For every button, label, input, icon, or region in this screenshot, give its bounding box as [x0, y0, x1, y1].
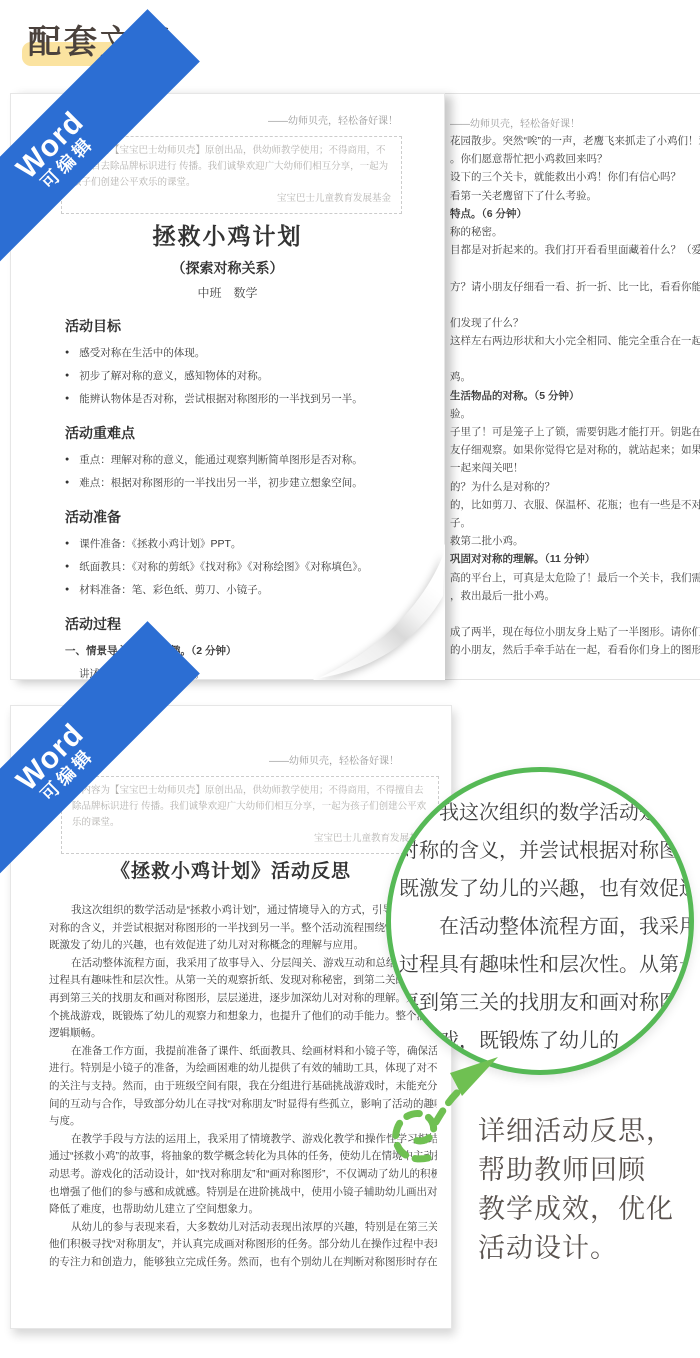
magnified-line: 过程具有趣味性和层次性。从第一关: [399, 948, 694, 986]
body-line: 也增强了他们的参与感和成就感。特别是在进阶挑战中，使用小镜子辅助幼儿画出对称图形…: [49, 1184, 437, 1202]
doc-item-text: 感受对称在生活中的体现。: [79, 347, 205, 359]
back-page-line: 花园散步。突然“唉”的一声，老鹰飞来抓走了小鸡们！鸡妈: [450, 133, 700, 151]
back-page-line: 称的秘密。: [450, 224, 700, 242]
section-items: ●重点：理解对称的意义，能通过观察判断简单图形是否对称。●难点：根据对称图形的一…: [65, 452, 414, 490]
body-line: 对称的含义，并尝试根据对称图形的一半找到另一半。整个活动流程围绕“闯关”这: [49, 920, 437, 938]
back-page-line: 一起来闯关吧！: [450, 460, 700, 478]
back-page-line: 设下的三个关卡，就能救出小鸡！你们有信心吗？: [450, 169, 700, 187]
caption-line: 帮助教师回顾: [478, 1151, 674, 1190]
section-items: ●感受对称在生活中的体现。●初步了解对称的意义，感知物体的对称。●能辨认物体是否…: [65, 345, 414, 406]
doc-item-text: 能辨认物体是否对称，尝试根据对称图形的一半找到另一半。: [79, 393, 363, 405]
back-page-line: 看第一关老鹰留下了什么考验。: [450, 188, 700, 206]
back-page-line: 子里了！可是笼子上了锁，需要钥匙才能打开。钥匙在哪儿呢？: [450, 424, 700, 442]
bullet-dot-icon: ●: [65, 395, 69, 402]
magnified-line: 我这次组织的数学活动是: [399, 796, 694, 834]
doc-item-text: 难点：根据对称图形的一半找出另一半，初步建立想象空间。: [79, 477, 363, 489]
body-line: 的专注力和创造力，能够独立完成任务。然而，也有个别幼儿在判断对称图形时存在困难，…: [49, 1254, 437, 1272]
back-page-line: 巩固对对称的理解。（11 分钟）: [450, 551, 700, 569]
section-goals: 活动目标 ●感受对称在生活中的体现。●初步了解对称的意义，感知物体的对称。●能辨…: [65, 316, 414, 406]
caption-line: 教学成效，优化: [478, 1190, 674, 1229]
back-page-line: [450, 297, 700, 315]
doc2-disclaimer: 本内容为【宝宝巴士幼师贝壳】原创出品，供幼师教学使用；不得商用，不得擅自去除品牌…: [61, 776, 439, 854]
doc-item-text: 重点：理解对称的意义，能通过观察判断简单图形是否对称。: [79, 454, 363, 466]
doc-bullet-item: ●感受对称在生活中的体现。: [65, 345, 414, 360]
magnified-line: 既激发了幼儿的兴趣，也有效促进了: [399, 872, 694, 910]
doc-item-text: 课件准备：《拯救小鸡计划》PPT。: [79, 538, 241, 550]
bullet-dot-icon: ●: [65, 540, 69, 547]
body-line: 过程具有趣味性和层次性。从第一关的观察折纸、发现对称秘密，到第二关的判断物品是: [49, 972, 437, 990]
back-page-line: 。你们愿意帮忙把小鸡救回来吗？: [450, 151, 700, 169]
back-page-line: 的小朋友，然后手牵手站在一起，看看你们身上的图形是不是对称的。: [450, 642, 700, 660]
section-heading: 活动准备: [65, 507, 414, 527]
body-line: 我这次组织的数学活动是“拯救小鸡计划”，通过情境导入的方式，引导中班幼: [49, 902, 437, 920]
back-page-line: 的？为什么是对称的？: [450, 479, 700, 497]
back-page-line: 生活物品的对称。（5 分钟）: [450, 388, 700, 406]
magnified-line: 对称的含义，并尝试根据对称图形的: [399, 834, 694, 872]
back-page-line: ，救出最后一批小鸡。: [450, 588, 700, 606]
doc-bullet-item: ●重点：理解对称的意义，能通过观察判断简单图形是否对称。: [65, 452, 414, 467]
back-page-line: 鸡。: [450, 369, 700, 387]
back-page-line: 方？请小朋友仔细看一看、折一折、比一比，看看你能发现什: [450, 279, 700, 297]
doc1-tagline: ——幼师贝壳，轻松备好课！: [268, 112, 398, 127]
back-page-line: 的，比如剪刀、衣服、保温杯、花瓶；也有一些是不对称的，: [450, 497, 700, 515]
back-page-line: 成了两半，现在每位小朋友身上贴了一半图形。请你们在教室里: [450, 624, 700, 642]
back-page-line: 目都是对折起来的。我们打开看看里面藏着什么？（爱心、蝴: [450, 242, 700, 260]
doc-item-text: 材料准备：笔、彩色纸、剪刀、小镜子。: [79, 584, 268, 596]
bullet-dot-icon: ●: [65, 479, 69, 486]
doc1-preview: ——幼师贝壳，轻松备好课！ 花园散步。突然“唉”的一声，老鹰飞来抓走了小鸡们！鸡…: [0, 93, 700, 685]
back-page-line: 特点。（6 分钟）: [450, 206, 700, 224]
doc-bullet-item: ●难点：根据对称图形的一半找出另一半，初步建立想象空间。: [65, 475, 414, 490]
section-heading: 活动目标: [65, 316, 414, 336]
bullet-dot-icon: ●: [65, 372, 69, 379]
body-line: 既激发了幼儿的兴趣，也有效促进了幼儿对对称概念的理解与应用。: [49, 937, 437, 955]
back-page-line: [450, 260, 700, 278]
body-line: 逻辑顺畅。: [49, 1025, 437, 1043]
section-heading: 活动重难点: [65, 423, 414, 443]
caption-line: 详细活动反思，: [478, 1112, 674, 1151]
back-page-line: [450, 351, 700, 369]
body-line: 在活动整体流程方面，我采用了故事导入、分层闯关、游戏互动和总结提升的方式: [49, 955, 437, 973]
doc2-page: ——幼师贝壳，轻松备好课！ 本内容为【宝宝巴士幼师贝壳】原创出品，供幼师教学使用…: [10, 705, 452, 1329]
doc1-title: 拯救小鸡计划: [11, 218, 444, 251]
doc-item-text: 初步了解对称的意义，感知物体的对称。: [79, 370, 268, 382]
body-line: 从幼儿的参与表现来看，大多数幼儿对活动表现出浓厚的兴趣，特别是在第三关的游戏中: [49, 1219, 437, 1237]
page-curl: [313, 544, 445, 680]
doc1-back-tagline: ——幼师贝壳，轻松备好课！: [450, 115, 580, 130]
back-page-line: 友仔细观察。如果你觉得它是对称的，就站起来；如果你觉得: [450, 442, 700, 460]
bullet-dot-icon: ●: [65, 349, 69, 356]
feature-caption: 详细活动反思，帮助教师回顾教学成效，优化活动设计。: [478, 1112, 674, 1268]
disclaimer-signature: 宝宝巴士儿童教育发展基金: [72, 831, 428, 847]
magnifier-circle: 我这次组织的数学活动是对称的含义，并尝试根据对称图形的既激发了幼儿的兴趣，也有效…: [386, 767, 694, 1075]
body-line: 降低了难度，也帮助幼儿建立了空间想象力。: [49, 1201, 437, 1219]
doc-bullet-item: ●初步了解对称的意义，感知物体的对称。: [65, 368, 414, 383]
body-line: 再到第三关的找朋友和画对称图形，层层递进，逐步加深幼儿对对称的理解。尤其是第三关: [49, 990, 437, 1008]
back-page-line: 们发现了什么？: [450, 315, 700, 333]
bullet-dot-icon: ●: [65, 563, 69, 570]
doc-bullet-item: ●能辨认物体是否对称，尝试根据对称图形的一半找到另一半。: [65, 391, 414, 406]
back-page-line: 子。: [450, 515, 700, 533]
doc1-subtitle: （探索对称关系）: [11, 258, 444, 278]
caption-line: 活动设计。: [478, 1229, 674, 1268]
magnified-line: 在活动整体流程方面，我采用了故: [399, 910, 694, 948]
back-page-line: [450, 606, 700, 624]
back-page-line: 验。: [450, 406, 700, 424]
doc2-tagline: ——幼师贝壳，轻松备好课！: [269, 752, 399, 767]
doc1-back-lines: 花园散步。突然“唉”的一声，老鹰飞来抓走了小鸡们！鸡妈。你们愿意帮忙把小鸡救回来…: [450, 133, 700, 660]
doc1-meta: 中班 数学: [11, 284, 444, 301]
promo-page: 配套文档 ——幼师贝壳，轻松备好课！ 花园散步。突然“唉”的一声，老鹰飞来抓走了…: [0, 0, 700, 1358]
body-line: 个挑战游戏，既锻炼了幼儿的观察力和想象力，也提升了他们的动手能力。整个活动结构清…: [49, 1008, 437, 1026]
bullet-dot-icon: ●: [65, 586, 69, 593]
back-page-line: 高的平台上，可真是太危险了！最后一个关卡，我们需要完成: [450, 570, 700, 588]
magnified-text: 我这次组织的数学活动是对称的含义，并尝试根据对称图形的既激发了幼儿的兴趣，也有效…: [399, 796, 694, 1062]
section-key-points: 活动重难点 ●重点：理解对称的意义，能通过观察判断简单图形是否对称。●难点：根据…: [65, 423, 414, 490]
back-page-line: 这样左右两边形状和大小完全相同、能完全重合在一起的，叫: [450, 333, 700, 351]
body-line: 他们积极寻找“对称朋友”，并认真完成画对称图形的任务。部分幼儿在操作过程中表现出…: [49, 1236, 437, 1254]
back-page-line: 救第二批小鸡。: [450, 533, 700, 551]
bullet-dot-icon: ●: [65, 456, 69, 463]
disclaimer-signature: 宝宝巴士儿童教育发展基金: [72, 191, 391, 207]
body-line: 动思考。游戏化的活动设计，如“找对称朋友”和“画对称图形”，不仅调动了幼儿的积极…: [49, 1166, 437, 1184]
magnified-line: 再到第三关的找朋友和画对称图形: [399, 986, 694, 1024]
doc2-title: 《拯救小鸡计划》活动反思: [11, 856, 451, 883]
